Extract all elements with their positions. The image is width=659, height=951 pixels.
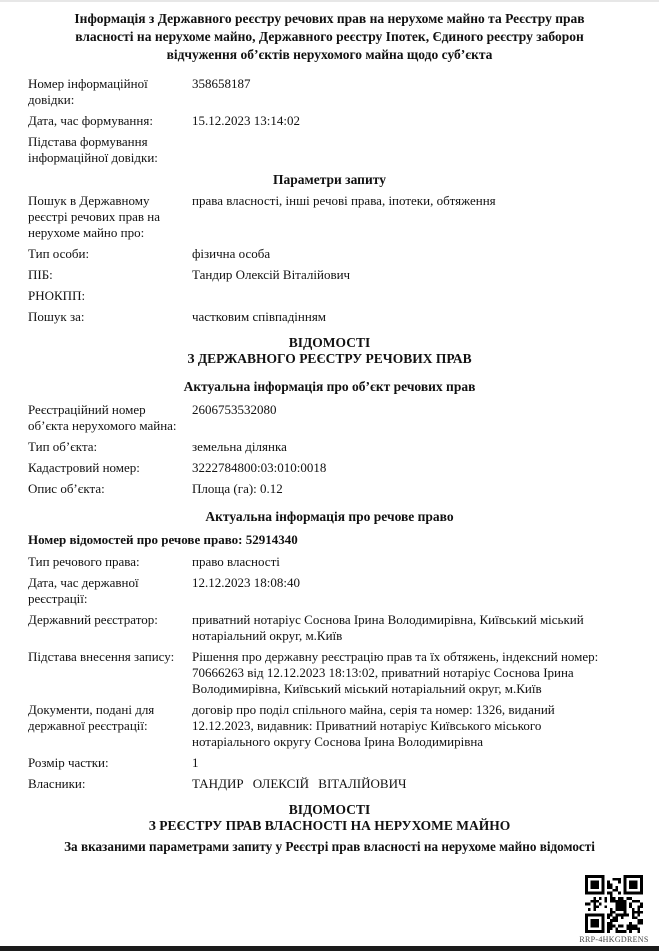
- document-title: Інформація з Державного реєстру речових …: [52, 10, 608, 64]
- field-row: РНОКПП:: [28, 288, 631, 304]
- field-label: Дата, час державної реєстрації:: [28, 575, 192, 607]
- field-label: Номер інформаційної довідки:: [28, 76, 192, 108]
- field-label: ПІБ:: [28, 267, 192, 283]
- ownership-register-heading: ВІДОМОСТІ З РЕЄСТРУ ПРАВ ВЛАСНОСТІ НА НЕ…: [28, 802, 631, 834]
- object-info-heading: Актуальна інформація про об’єкт речових …: [28, 379, 631, 395]
- field-label: Державний реєстратор:: [28, 612, 192, 644]
- field-row: Власники: ТАНДИР ОЛЕКСІЙ ВІТАЛІЙОВИЧ: [28, 776, 631, 792]
- field-label: Тип об’єкта:: [28, 439, 192, 455]
- field-label: Опис об’єкта:: [28, 481, 192, 497]
- rights-register-heading-line2: З ДЕРЖАВНОГО РЕЄСТРУ РЕЧОВИХ ПРАВ: [28, 351, 631, 367]
- rights-register-heading: ВІДОМОСТІ З ДЕРЖАВНОГО РЕЄСТРУ РЕЧОВИХ П…: [28, 335, 631, 367]
- field-row: Тип особи: фізична особа: [28, 246, 631, 262]
- field-value: фізична особа: [192, 246, 631, 262]
- field-row: Тип об’єкта: земельна ділянка: [28, 439, 631, 455]
- field-value: частковим співпадінням: [192, 309, 631, 325]
- field-row: Розмір частки: 1: [28, 755, 631, 771]
- field-row: Документи, подані для державної реєстрац…: [28, 702, 631, 750]
- field-label: Тип речового права:: [28, 554, 192, 570]
- field-value: 3222784800:03:010:0018: [192, 460, 631, 476]
- ownership-register-heading-line1: ВІДОМОСТІ: [28, 802, 631, 818]
- field-value: 358658187: [192, 76, 631, 108]
- qr-block: RRP-4HKGDRENS: [578, 875, 650, 944]
- record-number-line: Номер відомостей про речове право: 52914…: [28, 532, 631, 548]
- ownership-register-note: За вказаними параметрами запиту у Реєстр…: [28, 839, 631, 855]
- field-value: 1: [192, 755, 631, 771]
- owners-value: ТАНДИР ОЛЕКСІЙ ВІТАЛІЙОВИЧ: [192, 776, 631, 792]
- ownership-register-heading-line2: З РЕЄСТРУ ПРАВ ВЛАСНОСТІ НА НЕРУХОМЕ МАЙ…: [28, 818, 631, 834]
- field-label: Дата, час формування:: [28, 113, 192, 129]
- field-row: Підстава формування інформаційної довідк…: [28, 134, 631, 166]
- rights-register-heading-line1: ВІДОМОСТІ: [28, 335, 631, 351]
- field-label: Власники:: [28, 776, 192, 792]
- field-label: Підстава формування інформаційної довідк…: [28, 134, 192, 166]
- field-row: Реєстраційний номер об’єкта нерухомого м…: [28, 402, 631, 434]
- field-value: приватний нотаріус Соснова Ірина Володим…: [192, 612, 631, 644]
- field-value: Рішення про державну реєстрацію прав та …: [192, 649, 631, 697]
- field-row: Дата, час формування: 15.12.2023 13:14:0…: [28, 113, 631, 129]
- field-label: Реєстраційний номер об’єкта нерухомого м…: [28, 402, 192, 434]
- field-label: РНОКПП:: [28, 288, 192, 304]
- field-label: Тип особи:: [28, 246, 192, 262]
- field-row: Тип речового права: право власності: [28, 554, 631, 570]
- right-info-heading: Актуальна інформація про речове право: [28, 509, 631, 525]
- field-value: договір про поділ спільного майна, серія…: [192, 702, 631, 750]
- field-value: Площа (га): 0.12: [192, 481, 631, 497]
- field-value: земельна ділянка: [192, 439, 631, 455]
- field-row: Пошук за: частковим співпадінням: [28, 309, 631, 325]
- field-value: 12.12.2023 18:08:40: [192, 575, 631, 607]
- field-value: [192, 288, 631, 304]
- field-row: Державний реєстратор: приватний нотаріус…: [28, 612, 631, 644]
- field-label: Кадастровий номер:: [28, 460, 192, 476]
- field-value: Тандир Олексій Віталійович: [192, 267, 631, 283]
- bottom-bar: [0, 946, 659, 951]
- field-label: Пошук в Державному реєстрі речових прав …: [28, 193, 192, 241]
- field-row: Номер інформаційної довідки: 358658187: [28, 76, 631, 108]
- field-row: Кадастровий номер: 3222784800:03:010:001…: [28, 460, 631, 476]
- qr-label: RRP-4HKGDRENS: [578, 935, 650, 944]
- field-value: 2606753532080: [192, 402, 631, 434]
- field-row: Пошук в Державному реєстрі речових прав …: [28, 193, 631, 241]
- field-label: Підстава внесення запису:: [28, 649, 192, 697]
- registry-extract-document: Інформація з Державного реєстру речових …: [0, 2, 659, 855]
- field-row: Опис об’єкта: Площа (га): 0.12: [28, 481, 631, 497]
- field-value: 15.12.2023 13:14:02: [192, 113, 631, 129]
- field-value: право власності: [192, 554, 631, 570]
- field-label: Документи, подані для державної реєстрац…: [28, 702, 192, 750]
- query-params-heading: Параметри запиту: [28, 172, 631, 188]
- field-row: Дата, час державної реєстрації: 12.12.20…: [28, 575, 631, 607]
- field-label: Пошук за:: [28, 309, 192, 325]
- field-value: [192, 134, 631, 166]
- qr-code: [585, 875, 643, 933]
- field-row: Підстава внесення запису: Рішення про де…: [28, 649, 631, 697]
- field-label: Розмір частки:: [28, 755, 192, 771]
- field-value: права власності, інші речові права, іпот…: [192, 193, 631, 241]
- field-row: ПІБ: Тандир Олексій Віталійович: [28, 267, 631, 283]
